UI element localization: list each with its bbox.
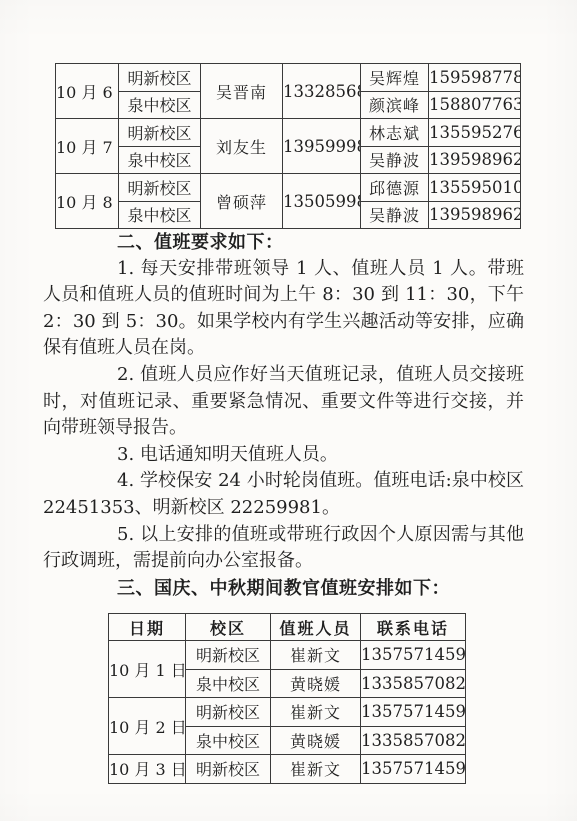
duty-phone-cell: 15880776367 (429, 91, 521, 119)
duty-person-cell: 崔新文 (271, 641, 361, 670)
campus-cell: 泉中校区 (119, 146, 201, 174)
header-campus: 校区 (186, 614, 271, 641)
campus-cell: 泉中校区 (186, 669, 271, 698)
duty-person-cell: 吴辉煌 (361, 64, 429, 92)
campus-cell: 明新校区 (186, 755, 271, 784)
duty-phone-cell: 13559501022 (429, 174, 521, 202)
duty-phone-cell: 13559527610 (429, 119, 521, 147)
campus-cell: 泉中校区 (119, 91, 201, 119)
duty-person-cell: 黄晓媛 (271, 669, 361, 698)
duty-person-cell: 颜滨峰 (361, 91, 429, 119)
instructor-duty-table: 日期 校区 值班人员 联系电话 10 月 1 日 明新校区 崔新文 135757… (108, 613, 466, 784)
leader-phone-cell: 13959998097 (283, 119, 361, 174)
table-row: 10 月 7 日 明新校区 刘友生 13959998097 林志斌 135595… (56, 119, 521, 147)
date-cell: 10 月 2 日 (109, 698, 186, 755)
requirement-item-2: 2. 值班人员应作好当天值班记录，值班人员交接班时，对值班记录、重要紧急情况、重… (43, 362, 524, 442)
document-body: 二、值班要求如下： 1. 每天安排带班领导 1 人、值班人员 1 人。带班人员和… (43, 229, 524, 601)
campus-cell: 明新校区 (119, 64, 201, 92)
phone-cell: 13358570828 (361, 669, 466, 698)
table-row: 10 月 1 日 明新校区 崔新文 13575714596 (109, 641, 466, 670)
duty-phone-cell: 15959877868 (429, 64, 521, 92)
campus-cell: 泉中校区 (186, 726, 271, 755)
phone-cell: 13575714596 (361, 641, 466, 670)
duty-person-cell: 黄晓媛 (271, 726, 361, 755)
header-phone: 联系电话 (361, 614, 466, 641)
requirement-item-4: 4. 学校保安 24 小时轮岗值班。值班电话:泉中校区 22451353、明新校… (43, 468, 524, 521)
campus-cell: 明新校区 (119, 119, 201, 147)
date-cell: 10 月 1 日 (109, 641, 186, 698)
campus-cell: 明新校区 (186, 641, 271, 670)
date-cell: 10 月 3 日 (109, 755, 186, 784)
duty-phone-cell: 13959896252 (429, 146, 521, 174)
scanned-document-page: 10 月 6 日 明新校区 吴晋南 13328568863 吴辉煌 159598… (0, 0, 577, 821)
requirement-item-3: 3. 电话通知明天值班人员。 (43, 442, 524, 469)
table-row: 10 月 2 日 明新校区 崔新文 13575714596 (109, 698, 466, 727)
duty-person-cell: 吴静波 (361, 146, 429, 174)
date-cell: 10 月 7 日 (56, 119, 119, 174)
requirement-item-1: 1. 每天安排带班领导 1 人、值班人员 1 人。带班人员和值班人员的值班时间为… (43, 256, 524, 362)
campus-cell: 明新校区 (186, 698, 271, 727)
table-row: 10 月 3 日 明新校区 崔新文 13575714596 (109, 755, 466, 784)
section-3-heading: 三、国庆、中秋期间教官值班安排如下： (43, 575, 524, 602)
duty-person-cell: 崔新文 (271, 698, 361, 727)
table-row: 10 月 8 日 明新校区 曾硕萍 13505998722 邱德源 135595… (56, 174, 521, 202)
phone-cell: 13358570828 (361, 726, 466, 755)
campus-cell: 明新校区 (119, 174, 201, 202)
table-header-row: 日期 校区 值班人员 联系电话 (109, 614, 466, 641)
duty-person-cell: 林志斌 (361, 119, 429, 147)
leader-phone-cell: 13505998722 (283, 174, 361, 229)
leader-name-cell: 刘友生 (201, 119, 283, 174)
campus-cell: 泉中校区 (119, 201, 201, 229)
date-cell: 10 月 8 日 (56, 174, 119, 229)
duty-schedule-table: 10 月 6 日 明新校区 吴晋南 13328568863 吴辉煌 159598… (55, 63, 521, 229)
duty-person-cell: 邱德源 (361, 174, 429, 202)
header-duty-person: 值班人员 (271, 614, 361, 641)
leader-name-cell: 吴晋南 (201, 64, 283, 119)
leader-phone-cell: 13328568863 (283, 64, 361, 119)
duty-phone-cell: 13959896252 (429, 201, 521, 229)
phone-cell: 13575714596 (361, 698, 466, 727)
duty-person-cell: 吴静波 (361, 201, 429, 229)
phone-cell: 13575714596 (361, 755, 466, 784)
header-date: 日期 (109, 614, 186, 641)
date-cell: 10 月 6 日 (56, 64, 119, 119)
section-2-heading: 二、值班要求如下： (43, 229, 524, 256)
table-row: 10 月 6 日 明新校区 吴晋南 13328568863 吴辉煌 159598… (56, 64, 521, 92)
requirement-item-5: 5. 以上安排的值班或带班行政因个人原因需与其他行政调班，需提前向办公室报备。 (43, 522, 524, 575)
duty-person-cell: 崔新文 (271, 755, 361, 784)
leader-name-cell: 曾硕萍 (201, 174, 283, 229)
